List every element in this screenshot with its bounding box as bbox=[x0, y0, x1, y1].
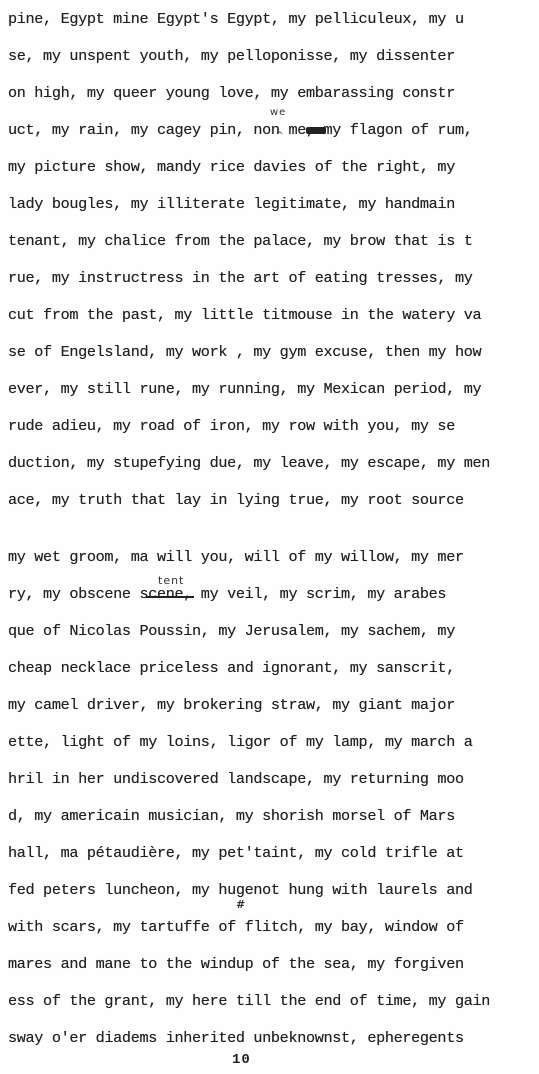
text-line: my wet groom, ma will you, will of my wi… bbox=[8, 548, 464, 566]
text-line: uct, my rain, my cagey pin, non me, my f… bbox=[8, 121, 473, 139]
text-line: d, my americain musician, my shorish mor… bbox=[8, 807, 455, 825]
text-line: cut from the past, my little titmouse in… bbox=[8, 306, 481, 324]
text-line: rue, my instructress in the art of eatin… bbox=[8, 269, 473, 287]
text-line: ry, my obscene scene, my veil, my scrim,… bbox=[8, 585, 446, 603]
handwritten-insertion: we bbox=[270, 107, 286, 118]
text-line: ace, my truth that lay in lying true, my… bbox=[8, 491, 464, 509]
text-line: my camel driver, my brokering straw, my … bbox=[8, 696, 455, 714]
text-line: ess of the grant, my here till the end o… bbox=[8, 992, 490, 1010]
text-line: rude adieu, my road of iron, my row with… bbox=[8, 417, 455, 435]
text-line: mares and mane to the windup of the sea,… bbox=[8, 955, 464, 973]
text-line: pine, Egypt mine Egypt's Egypt, my pelli… bbox=[8, 10, 464, 28]
text-line: my picture show, mandy rice davies of th… bbox=[8, 158, 455, 176]
text-line: se, my unspent youth, my pelloponisse, m… bbox=[8, 47, 455, 65]
strikethrough-mark bbox=[306, 127, 326, 134]
text-line: se of Engelsland, my work , my gym excus… bbox=[8, 343, 481, 361]
text-line: fed peters luncheon, my hugenot hung wit… bbox=[8, 881, 473, 899]
proofreading-mark: # bbox=[236, 898, 246, 911]
text-line: ette, light of my loins, ligor of my lam… bbox=[8, 733, 473, 751]
text-line: cheap necklace priceless and ignorant, m… bbox=[8, 659, 455, 677]
page-number: 10 bbox=[232, 1052, 251, 1068]
insertion-caret-icon: ^ bbox=[276, 131, 284, 141]
text-line: hril in her undiscovered landscape, my r… bbox=[8, 770, 464, 788]
typewritten-page: pine, Egypt mine Egypt's Egypt, my pelli… bbox=[0, 0, 539, 1074]
text-line: lady bougles, my illiterate legitimate, … bbox=[8, 195, 455, 213]
text-line: tenant, my chalice from the palace, my b… bbox=[8, 232, 473, 250]
strikethrough-line bbox=[146, 596, 194, 598]
text-line: que of Nicolas Poussin, my Jerusalem, my… bbox=[8, 622, 455, 640]
text-line: with scars, my tartuffe of flitch, my ba… bbox=[8, 918, 464, 936]
text-line: hall, ma pétaudière, my pet'taint, my co… bbox=[8, 844, 464, 862]
handwritten-correction: tent bbox=[158, 574, 184, 587]
text-line: sway o'er diadems inherited unbeknownst,… bbox=[8, 1029, 464, 1047]
text-line: on high, my queer young love, my embaras… bbox=[8, 84, 455, 102]
text-line: ever, my still rune, my running, my Mexi… bbox=[8, 380, 481, 398]
text-line: duction, my stupefying due, my leave, my… bbox=[8, 454, 490, 472]
